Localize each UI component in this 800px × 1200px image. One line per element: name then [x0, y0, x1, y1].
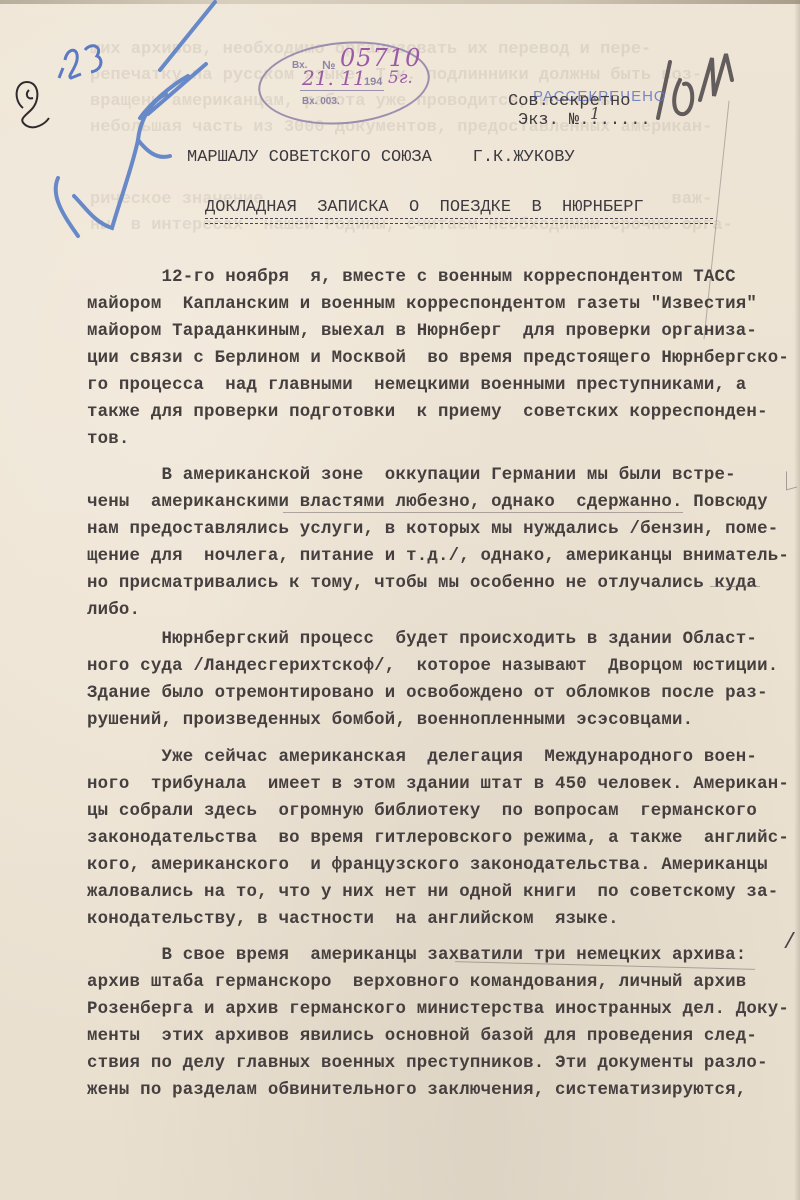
pencil-underline	[710, 586, 760, 587]
margin-check-mark	[786, 469, 797, 491]
text-line: конодательству, в частности на английско…	[87, 910, 619, 929]
svg-text:Ф-23: Ф-23	[5, 20, 43, 25]
classification-label: Сов.секретно	[508, 92, 630, 111]
text-line: ствия по делу главных военных преступник…	[87, 1054, 768, 1073]
text-line: ного трибунала имеет в этом здании штат …	[87, 775, 789, 794]
text-line: В свое время американцы захватили три не…	[87, 946, 746, 965]
text-line: архив штаба германскоро верховного коман…	[87, 973, 746, 992]
text-line: чены американскими властями любезно, одн…	[87, 493, 768, 512]
pencil-underline	[283, 512, 683, 513]
text-line: Розенберга и архив германского министерс…	[87, 1000, 789, 1019]
stamp-year-suffix: 5г.	[388, 68, 413, 88]
pencil-initials-icon	[650, 40, 750, 130]
text-line: Нюрнбергский процесс будет происходить в…	[87, 630, 757, 649]
text-line: кого, американского и французского закон…	[87, 856, 768, 875]
paper-right-edge	[794, 0, 800, 1200]
text-line: майором Капланским и военным корреспонде…	[87, 295, 757, 314]
paper-top-edge	[0, 0, 800, 4]
text-line: ного суда /Ландесгерихтскоф/, которое на…	[87, 657, 778, 676]
copy-number-handwritten: 1	[590, 104, 600, 123]
text-line: нам предоставлялись услуги, в которых мы…	[87, 520, 778, 539]
addressee-line: МАРШАЛУ СОВЕТСКОГО СОЮЗА Г.К.ЖУКОВУ	[187, 148, 575, 167]
text-line: щение для ночлега, питание и т.д./, одна…	[87, 547, 789, 566]
archival-document-page: ших архивов, необходимо организовать их …	[0, 0, 800, 1200]
text-line: жаловались на то, что у них нет ни одной…	[87, 883, 778, 902]
text-line: цы собрали здесь огромную библиотеку по …	[87, 802, 757, 821]
text-line: но присматривались к тому, чтобы мы особ…	[87, 574, 757, 593]
text-line: законодательства во время гитлеровского …	[87, 829, 789, 848]
title-double-underline	[205, 218, 713, 224]
text-line: Здание было отремонтировано и освобожден…	[87, 684, 768, 703]
copy-number-label: Экз. №.......	[518, 111, 651, 130]
text-line: менты этих архивов явились основной базо…	[87, 1027, 757, 1046]
text-line: ции связи с Берлином и Москвой во время …	[87, 349, 789, 368]
stamp-year-prefix: 194	[364, 76, 382, 88]
text-line: жены по разделам обвинительного заключен…	[87, 1081, 746, 1100]
text-line: либо.	[87, 601, 140, 620]
document-title: ДОКЛАДНАЯ ЗАПИСКА О ПОЕЗДКЕ В НЮРНБЕРГ	[205, 198, 644, 217]
text-line: рушений, произведенных бомбой, военнопле…	[87, 711, 693, 730]
stamp-date-line	[300, 90, 384, 91]
text-line: 12-го ноября я, вместе с военным корресп…	[87, 268, 736, 287]
text-line: го процесса над главными немецкими военн…	[87, 376, 746, 395]
text-line: тов.	[87, 430, 130, 449]
stamp-dept-label: Вх. 003.	[302, 96, 340, 107]
text-line: майором Тараданкиным, выехал в Нюрнберг …	[87, 322, 757, 341]
text-line: Уже сейчас американская делегация Междун…	[87, 748, 757, 767]
stamp-date: 21. 11	[302, 66, 366, 90]
right-margin-tick: /	[783, 930, 796, 955]
text-line: также для проверки подготовки к приему с…	[87, 403, 768, 422]
text-line: В американской зоне оккупации Германии м…	[87, 466, 736, 485]
